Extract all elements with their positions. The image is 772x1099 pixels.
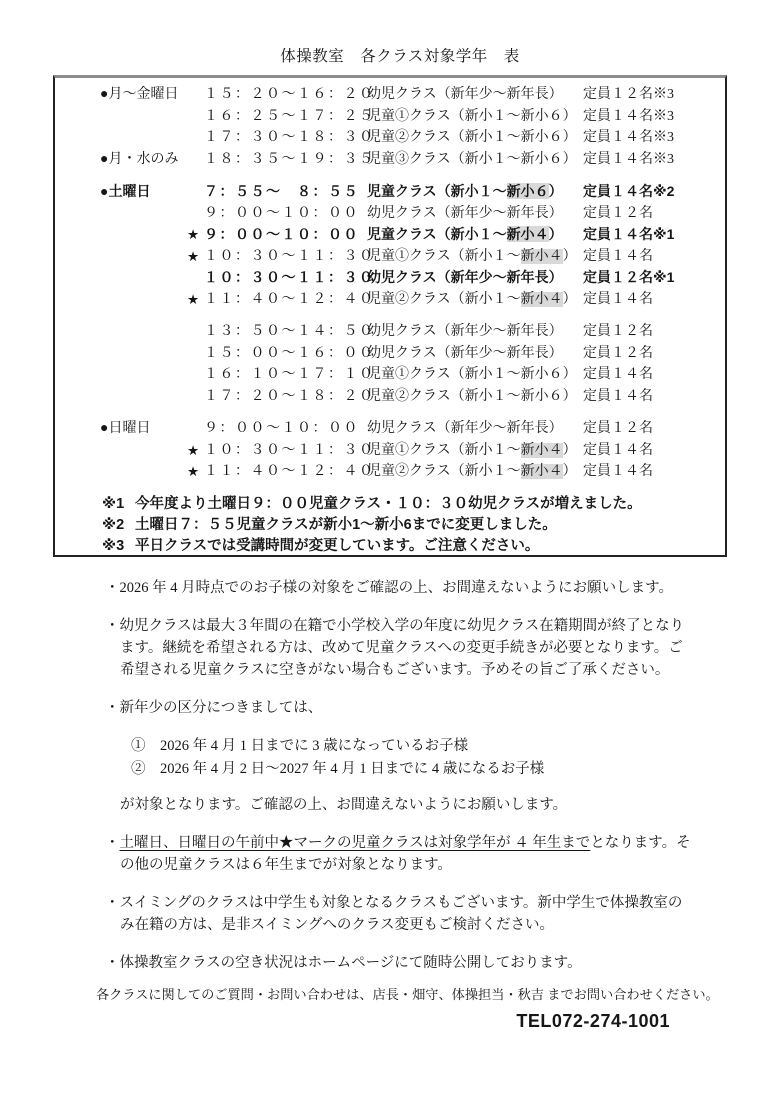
class-label: 幼児クラス（新年少～新年長） xyxy=(350,343,583,365)
star-icon xyxy=(187,181,204,203)
capacity-label: 定員１４名 xyxy=(583,386,725,408)
capacity-label: 定員１４名 xyxy=(583,440,725,462)
time-label: １６：１０～１７：１０ xyxy=(204,364,350,386)
schedule-row: １７：３０～１８：３０児童②クラス（新小１～新小６）定員１４名※3 xyxy=(55,127,725,149)
day-label xyxy=(55,386,187,408)
text-segment: ・新年少の区分につきましては、 xyxy=(105,700,322,716)
class-text-post: ） xyxy=(563,292,577,307)
day-label xyxy=(55,106,187,128)
class-text-post: ） xyxy=(563,464,577,479)
time-label: １０：３０～１１：３０ xyxy=(204,246,350,268)
footnote-text: 平日クラスでは受講時間が変更しています。ご注意ください。 xyxy=(135,536,539,557)
star-icon xyxy=(187,106,204,128)
time-label: ９：００～１０：００ xyxy=(204,224,350,246)
class-text-post: ） xyxy=(549,183,563,199)
grade-highlight: 新小４ xyxy=(521,464,563,479)
class-text: 幼児クラス（新年少～新年長） xyxy=(367,269,563,285)
day-label xyxy=(55,364,187,386)
schedule-gap xyxy=(55,310,725,321)
document-page: 体操教室 各クラス対象学年 表 ●月～金曜日１５：２０～１６：２０幼児クラス（新… xyxy=(0,0,772,1099)
class-label: 児童②クラス（新小１～新小４） xyxy=(350,289,583,311)
schedule-rows: ●月～金曜日１５：２０～１６：２０幼児クラス（新年少～新年長）定員１２名※3１６… xyxy=(55,84,725,483)
star-icon: ★ xyxy=(187,224,204,246)
class-text: 幼児クラス（新年少～新年長） xyxy=(367,421,563,436)
schedule-row: ★９：００～１０：００児童クラス（新小１～新小４）定員１４名※1 xyxy=(55,224,725,246)
capacity-label: 定員１４名※3 xyxy=(583,106,725,128)
star-icon: ★ xyxy=(187,289,204,311)
capacity-label: 定員１２名 xyxy=(583,203,725,225)
capacity-label: 定員１４名※3 xyxy=(583,127,725,149)
class-label: 児童②クラス（新小１～新小６） xyxy=(350,386,583,408)
text-segment: ・幼児クラスは最大３年間の在籍で小学校入学の年度に幼児クラス在籍期間が終了となり… xyxy=(105,618,684,678)
capacity-label: 定員１２名 xyxy=(583,418,725,440)
schedule-row: １３：５０～１４：５０幼児クラス（新年少～新年長）定員１２名 xyxy=(55,321,725,343)
time-label: ７：５５～ ８：５５ xyxy=(204,181,350,203)
class-text: 児童クラス（新小１～ xyxy=(367,183,507,199)
class-label: 児童②クラス（新小１～新小６） xyxy=(350,127,583,149)
class-text: 幼児クラス（新年少～新年長） xyxy=(367,206,563,221)
star-icon xyxy=(187,149,204,171)
paragraph: ② 2026 年 4 月 2 日～2027 年 4 月 1 日までに 4 歳にな… xyxy=(131,758,697,780)
paragraph: ・2026 年 4 月時点でのお子様の対象をご確認の上、お間違えないようにお願い… xyxy=(105,577,697,599)
paragraph: ・土曜日、日曜日の午前中★マークの児童クラスは対象学年が ４ 年生までとなります… xyxy=(105,832,697,876)
capacity-label: 定員１４名 xyxy=(583,289,725,311)
capacity-label: 定員１４名 xyxy=(583,461,725,483)
class-label: 児童①クラス（新小１～新小６） xyxy=(350,364,583,386)
schedule-gap xyxy=(55,407,725,418)
star-icon xyxy=(187,321,204,343)
capacity-label: 定員１２名※1 xyxy=(583,267,725,289)
underlined-text: 土曜日、日曜日の午前中★マークの児童クラスは対象学年が ４ 年生まで xyxy=(120,835,591,851)
grade-highlight: 新小４ xyxy=(521,292,563,307)
schedule-box: ●月～金曜日１５：２０～１６：２０幼児クラス（新年少～新年長）定員１２名※3１６… xyxy=(53,75,727,557)
capacity-label: 定員１４名※3 xyxy=(583,149,725,171)
class-label: 幼児クラス（新年少～新年長） xyxy=(350,84,583,106)
time-label: ９：００～１０：００ xyxy=(204,203,350,225)
schedule-row: ★１０：３０～１１：３０児童①クラス（新小１～新小４）定員１４名 xyxy=(55,246,725,268)
grade-highlight: 新小６ xyxy=(507,183,549,199)
capacity-label: 定員１４名※2 xyxy=(583,181,725,203)
notes-section: ・2026 年 4 月時点でのお子様の対象をご確認の上、お間違えないようにお願い… xyxy=(105,570,697,974)
class-text: 幼児クラス（新年少～新年長） xyxy=(367,87,563,102)
document-title: 体操教室 各クラス対象学年 表 xyxy=(0,44,772,66)
footnote-marker: ※2 xyxy=(102,515,135,536)
time-label: １０：３０～１１：３０ xyxy=(204,440,350,462)
class-text: 児童①クラス（新小１～ xyxy=(367,443,521,458)
day-label: ●土曜日 xyxy=(55,181,187,203)
star-icon xyxy=(187,84,204,106)
footnote-text: 土曜日７：５５児童クラスが新小1～新小6までに変更しました。 xyxy=(135,515,557,536)
day-label xyxy=(55,461,187,483)
day-label xyxy=(55,224,187,246)
class-text: 児童①クラス（新小１～新小６） xyxy=(367,109,577,124)
class-label: 幼児クラス（新年少～新年長） xyxy=(350,267,583,289)
day-label xyxy=(55,246,187,268)
footnote-row: ※3平日クラスでは受講時間が変更しています。ご注意ください。 xyxy=(55,536,725,557)
schedule-row: １５：００～１６：００幼児クラス（新年少～新年長）定員１２名 xyxy=(55,343,725,365)
day-label xyxy=(55,127,187,149)
schedule-row: ★１１：４０～１２：４０児童②クラス（新小１～新小４）定員１４名 xyxy=(55,289,725,311)
time-label: ９：００～１０：００ xyxy=(204,418,350,440)
text-segment: ・ xyxy=(105,835,120,851)
star-icon xyxy=(187,267,204,289)
class-text: 児童②クラス（新小１～新小６） xyxy=(367,130,577,145)
text-segment: ・2026 年 4 月時点でのお子様の対象をご確認の上、お間違えないようにお願い… xyxy=(105,580,673,596)
class-label: 児童③クラス（新小１～新小６） xyxy=(350,149,583,171)
paragraph: が対象となります。ご確認の上、お間違えないようにお願いします。 xyxy=(120,794,697,816)
schedule-row: ●月～金曜日１５：２０～１６：２０幼児クラス（新年少～新年長）定員１２名※3 xyxy=(55,84,725,106)
paragraph: ・スイミングのクラスは中学生も対象となるクラスもございます。新中学生で体操教室の… xyxy=(105,892,697,936)
star-icon: ★ xyxy=(187,461,204,483)
star-icon xyxy=(187,364,204,386)
text-segment: ② 2026 年 4 月 2 日～2027 年 4 月 1 日までに 4 歳にな… xyxy=(131,761,544,777)
grade-highlight: 新小４ xyxy=(521,249,563,264)
footnotes: ※1今年度より土曜日９：００児童クラス・１０：３０幼児クラスが増えました。※2土… xyxy=(55,494,725,557)
footnote-text: 今年度より土曜日９：００児童クラス・１０：３０幼児クラスが増えました。 xyxy=(135,494,642,515)
class-text: 児童クラス（新小１～ xyxy=(367,226,507,242)
star-icon: ★ xyxy=(187,440,204,462)
class-label: 児童クラス（新小１～新小４） xyxy=(350,224,583,246)
class-label: 幼児クラス（新年少～新年長） xyxy=(350,321,583,343)
time-label: １６：２５～１７：２５ xyxy=(204,106,350,128)
schedule-row: １６：１０～１７：１０児童①クラス（新小１～新小６）定員１４名 xyxy=(55,364,725,386)
class-label: 児童①クラス（新小１～新小６） xyxy=(350,106,583,128)
class-text: 児童②クラス（新小１～ xyxy=(367,464,521,479)
time-label: １７：２０～１８：２０ xyxy=(204,386,350,408)
time-label: １７：３０～１８：３０ xyxy=(204,127,350,149)
day-label xyxy=(55,440,187,462)
day-label xyxy=(55,203,187,225)
capacity-label: 定員１４名 xyxy=(583,364,725,386)
day-label xyxy=(55,343,187,365)
time-label: １８：３５～１９：３５ xyxy=(204,149,350,171)
contact-line: 各クラスに関してのご質問・お問い合わせは、店長・畑守、体操担当・秋吉 までお問い… xyxy=(96,984,696,1003)
star-icon xyxy=(187,127,204,149)
class-label: 児童①クラス（新小１～新小４） xyxy=(350,246,583,268)
class-text: 児童②クラス（新小１～ xyxy=(367,292,521,307)
paragraph: ・幼児クラスは最大３年間の在籍で小学校入学の年度に幼児クラス在籍期間が終了となり… xyxy=(105,615,697,681)
star-icon xyxy=(187,386,204,408)
footnote-row: ※2土曜日７：５５児童クラスが新小1～新小6までに変更しました。 xyxy=(55,515,725,536)
day-label xyxy=(55,267,187,289)
time-label: １３：５０～１４：５０ xyxy=(204,321,350,343)
grade-highlight: 新小４ xyxy=(521,443,563,458)
class-text: 児童③クラス（新小１～新小６） xyxy=(367,152,577,167)
text-segment: ・体操教室クラスの空き状況はホームページにて随時公開しております。 xyxy=(105,955,582,971)
schedule-row: １０：３０～１１：３０幼児クラス（新年少～新年長）定員１２名※1 xyxy=(55,267,725,289)
schedule-row: ●日曜日９：００～１０：００幼児クラス（新年少～新年長）定員１２名 xyxy=(55,418,725,440)
capacity-label: 定員１２名※3 xyxy=(583,84,725,106)
day-label: ●日曜日 xyxy=(55,418,187,440)
day-label: ●月・水のみ xyxy=(55,149,187,171)
capacity-label: 定員１４名 xyxy=(583,246,725,268)
schedule-row: ★１１：４０～１２：４０児童②クラス（新小１～新小４）定員１４名 xyxy=(55,461,725,483)
footnote-marker: ※3 xyxy=(102,536,135,557)
schedule-row: ●土曜日７：５５～ ８：５５児童クラス（新小１～新小６）定員１４名※2 xyxy=(55,181,725,203)
class-text: 児童②クラス（新小１～新小６） xyxy=(367,389,577,404)
footnote-row: ※1今年度より土曜日９：００児童クラス・１０：３０幼児クラスが増えました。 xyxy=(55,494,725,515)
class-label: 児童①クラス（新小１～新小４） xyxy=(350,440,583,462)
schedule-row: １６：２５～１７：２５児童①クラス（新小１～新小６）定員１４名※3 xyxy=(55,106,725,128)
text-segment: が対象となります。ご確認の上、お間違えないようにお願いします。 xyxy=(120,797,567,813)
schedule-row: １７：２０～１８：２０児童②クラス（新小１～新小６）定員１４名 xyxy=(55,386,725,408)
capacity-label: 定員１４名※1 xyxy=(583,224,725,246)
star-icon xyxy=(187,343,204,365)
text-segment: ① 2026 年 4 月 1 日までに 3 歳になっているお子様 xyxy=(131,738,468,754)
class-text: 幼児クラス（新年少～新年長） xyxy=(367,346,563,361)
footnote-marker: ※1 xyxy=(102,494,135,515)
time-label: １０：３０～１１：３０ xyxy=(204,267,350,289)
star-icon xyxy=(187,418,204,440)
star-icon xyxy=(187,203,204,225)
schedule-row: ★１０：３０～１１：３０児童①クラス（新小１～新小４）定員１４名 xyxy=(55,440,725,462)
schedule-row: ●月・水のみ１８：３５～１９：３５児童③クラス（新小１～新小６）定員１４名※3 xyxy=(55,149,725,171)
time-label: １５：２０～１６：２０ xyxy=(204,84,350,106)
class-text-post: ） xyxy=(563,443,577,458)
time-label: １５：００～１６：００ xyxy=(204,343,350,365)
class-text-post: ） xyxy=(549,226,563,242)
class-label: 幼児クラス（新年少～新年長） xyxy=(350,418,583,440)
capacity-label: 定員１２名 xyxy=(583,343,725,365)
class-text-post: ） xyxy=(563,249,577,264)
schedule-row: ９：００～１０：００幼児クラス（新年少～新年長）定員１２名 xyxy=(55,203,725,225)
paragraph: ・体操教室クラスの空き状況はホームページにて随時公開しております。 xyxy=(105,952,697,974)
capacity-label: 定員１２名 xyxy=(583,321,725,343)
schedule-gap xyxy=(55,170,725,181)
time-label: １１：４０～１２：４０ xyxy=(204,289,350,311)
phone-number: TEL072-274-1001 xyxy=(516,1011,670,1032)
class-label: 児童②クラス（新小１～新小４） xyxy=(350,461,583,483)
text-segment: ・スイミングのクラスは中学生も対象となるクラスもございます。新中学生で体操教室の… xyxy=(105,895,682,933)
class-text: 児童①クラス（新小１～新小６） xyxy=(367,367,577,382)
day-label xyxy=(55,321,187,343)
class-label: 児童クラス（新小１～新小６） xyxy=(350,181,583,203)
class-label: 幼児クラス（新年少～新年長） xyxy=(350,203,583,225)
day-label: ●月～金曜日 xyxy=(55,84,187,106)
paragraph: ① 2026 年 4 月 1 日までに 3 歳になっているお子様 xyxy=(131,735,697,757)
day-label xyxy=(55,289,187,311)
grade-highlight: 新小４ xyxy=(507,226,549,242)
star-icon: ★ xyxy=(187,246,204,268)
class-text: 児童①クラス（新小１～ xyxy=(367,249,521,264)
class-text: 幼児クラス（新年少～新年長） xyxy=(367,324,563,339)
time-label: １１：４０～１２：４０ xyxy=(204,461,350,483)
paragraph: ・新年少の区分につきましては、 xyxy=(105,697,697,719)
